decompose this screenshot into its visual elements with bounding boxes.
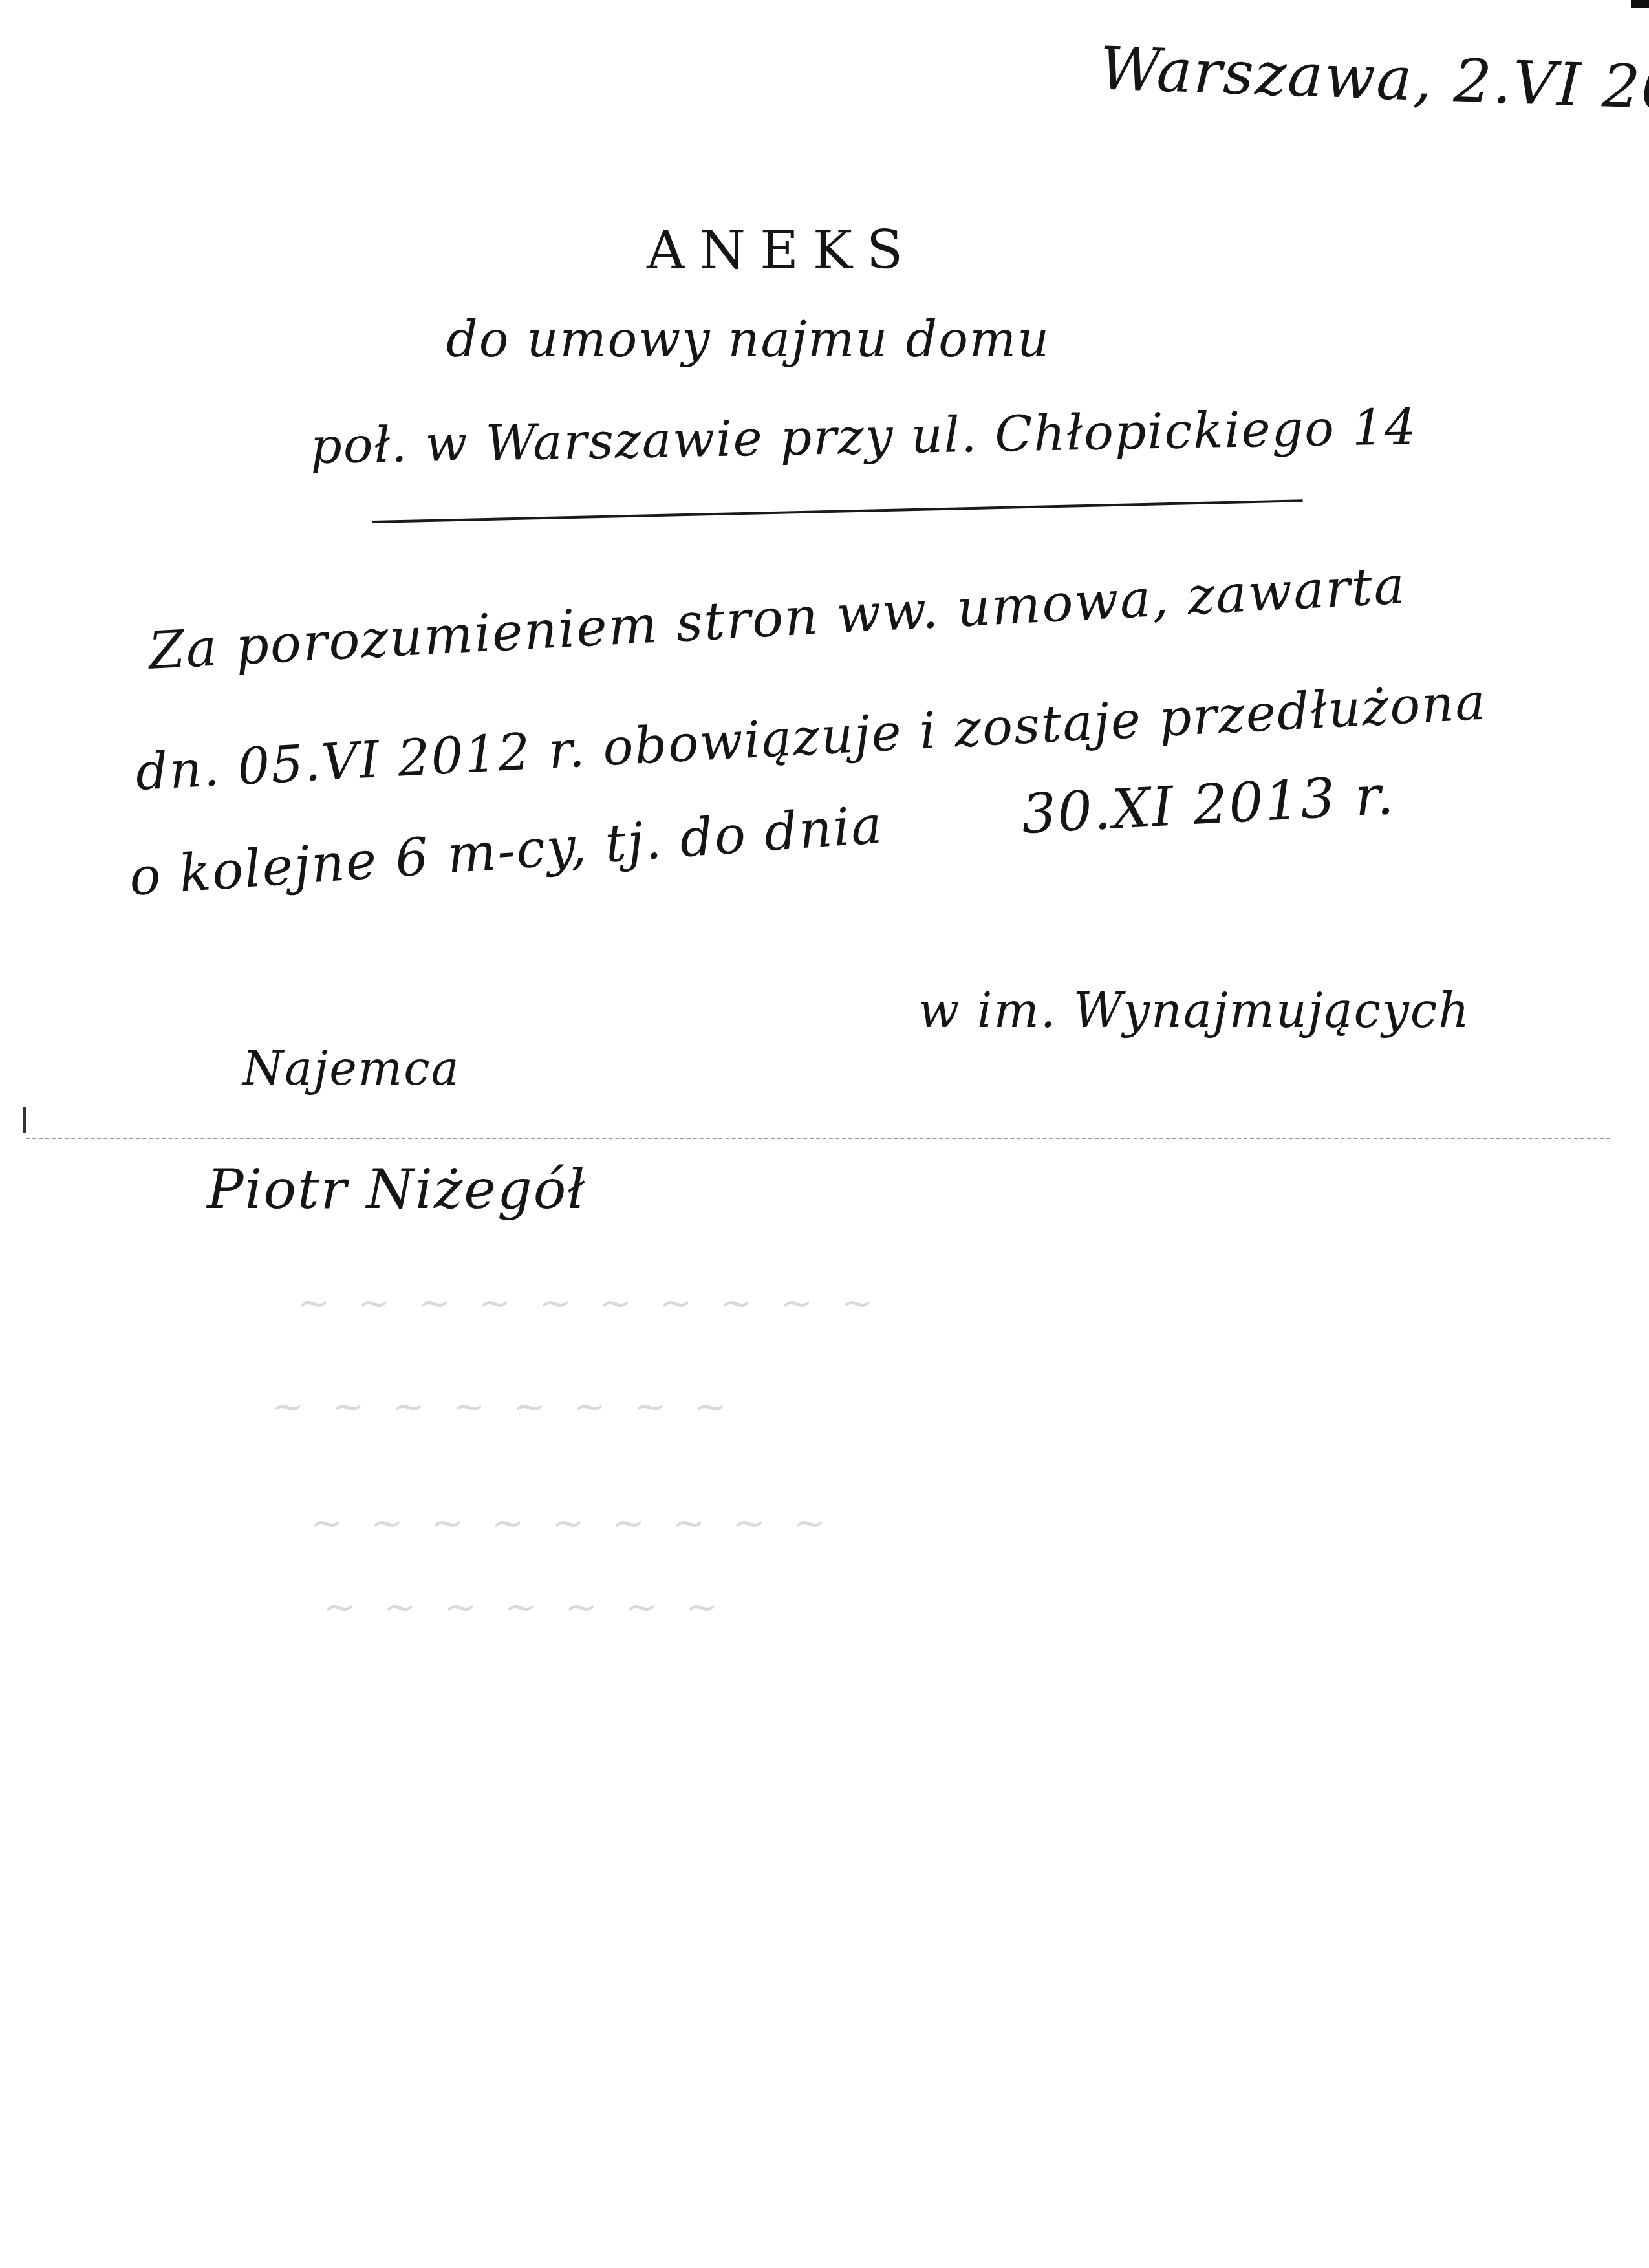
page-fold-line [26,1138,1610,1139]
scan-edge-corner [1631,0,1649,8]
body-line-1: Za porozumieniem stron ww. umowa, zawart… [147,555,1407,681]
tenant-label: Najemca [242,1041,460,1096]
scanned-page: ~ ~ ~ ~ ~ ~ ~ ~ ~ ~ ~ ~ ~ ~ ~ ~ ~ ~ ~ ~ … [0,0,1649,2268]
bleed-through-line: ~ ~ ~ ~ ~ ~ ~ ~ ~ ~ [297,1280,881,1326]
bleed-through-line: ~ ~ ~ ~ ~ ~ ~ [323,1584,726,1630]
body-line-3: o kolejne 6 m-cy, tj. do dnia [127,795,885,907]
bleed-through-line: ~ ~ ~ ~ ~ ~ ~ ~ [272,1384,735,1429]
tenant-signature: Piotr Niżegół [207,1158,586,1221]
document-subtitle-line-2: poł. w Warszawie przy ul. Chłopickiego 1… [310,398,1417,475]
title-underline [372,499,1303,523]
place-and-date: Warszawa, 2.VI 2013 [1098,34,1649,126]
landlord-signature-label: w im. Wynajmujących [918,983,1471,1039]
bleed-through-line: ~ ~ ~ ~ ~ ~ ~ ~ ~ [310,1500,834,1546]
scan-fold-mark [23,1107,26,1133]
document-subtitle-line-1: do umowy najmu domu [446,310,1050,368]
document-title: ANEKS [647,220,917,281]
extension-end-date: 30.XI 2013 r. [1020,763,1396,846]
